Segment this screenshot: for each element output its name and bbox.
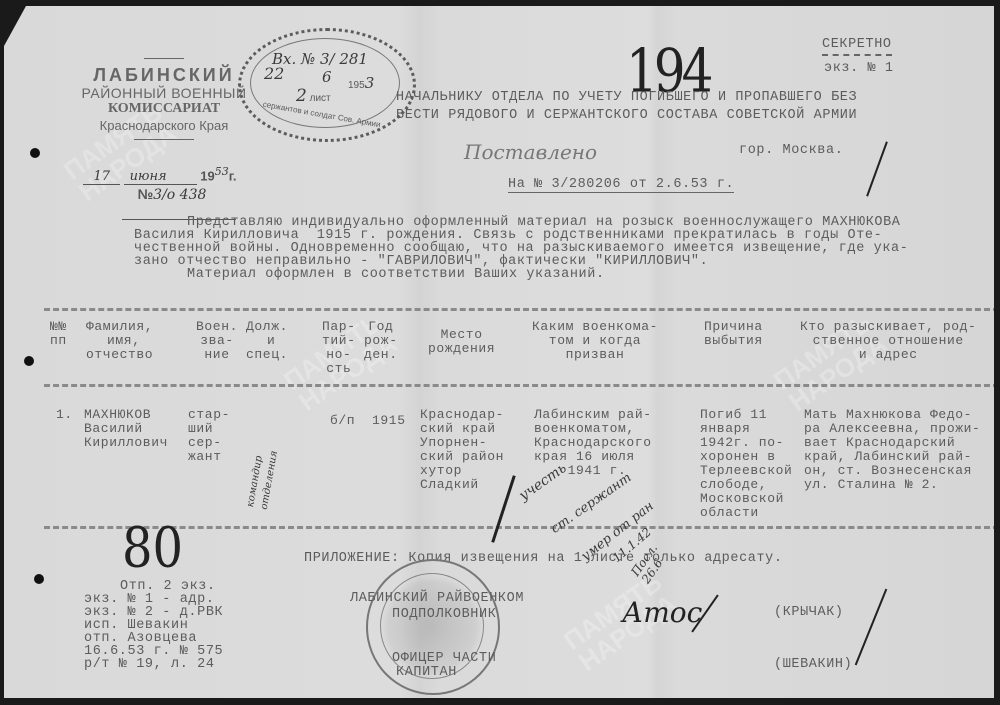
secrecy-label: СЕКРЕТНО	[822, 38, 892, 56]
incoming-year-prefix: 195	[348, 80, 365, 91]
header-rank: Воен. зва- ние	[196, 320, 238, 362]
commissar-title: ЛАБИНСКИЙ РАЙВОЕНКОМ	[350, 592, 524, 606]
commissar-name: (КРЫЧАК)	[774, 606, 844, 620]
header-birthplace: Место рождения	[428, 328, 495, 356]
header-position: Долж. и спец.	[246, 320, 288, 362]
officer-rank: КАПИТАН	[396, 666, 457, 680]
row-reason: Погиб 11 января 1942г. по- хоронен в Тер…	[700, 408, 792, 520]
date-day: 17	[83, 169, 120, 185]
row-name: МАХНЮКОВ Василий Кириллович	[84, 408, 168, 450]
footer-line7: р/т № 19, л. 24	[84, 658, 215, 672]
punch-hole	[34, 574, 44, 584]
incoming-year: 1953	[348, 74, 374, 92]
addressee-city: гор. Москва.	[739, 144, 843, 158]
slash-mark	[855, 589, 888, 666]
incoming-day: 22	[264, 64, 284, 83]
addressee-line1: НАЧАЛЬНИКУ ОТДЕЛА ПО УЧЕТУ ПОГИБШЕГО И П…	[396, 91, 857, 105]
row-position-handwritten: командир отделения	[244, 447, 282, 511]
sheets-label: лист	[310, 93, 331, 104]
issuer-stamp: ЛАБИНСКИЙ РАЙОННЫЙ ВОЕННЫЙ КОМИССАРИАТ К…	[74, 58, 254, 140]
header-num: №№ пп	[50, 320, 67, 348]
table-rule-bottom	[44, 526, 999, 529]
header-party: Пар- тий- но- сть	[322, 320, 356, 376]
issuer-line2: РАЙОННЫЙ ВОЕННЫЙ	[74, 85, 254, 101]
row-birth-year: 1915	[372, 414, 406, 428]
incoming-sheets: 2 лист	[296, 86, 331, 106]
sheets-count: 2	[296, 86, 307, 106]
incoming-month: 6	[322, 68, 332, 86]
secrecy-copy: экз. № 1	[824, 62, 894, 76]
page-count-handwritten: 80	[122, 516, 183, 580]
officer-title: ОФИЦЕР ЧАСТИ	[392, 652, 496, 666]
issuer-line3: КОМИССАРИАТ	[74, 101, 254, 117]
row-birthplace: Краснодар- ский край Упорнен- ский район…	[420, 408, 504, 492]
header-name: Фамилия, имя, отчество	[86, 320, 153, 362]
row-searcher: Мать Махнюкова Федо- ра Алексеевна, прож…	[804, 408, 980, 492]
handwritten-note: Поставлено	[464, 140, 597, 164]
header-birth-year: Год рож- ден.	[364, 320, 398, 362]
body-line5: Материал оформлен в соответствии Ваших у…	[187, 268, 605, 282]
row-num: 1.	[56, 408, 73, 422]
incoming-number: Вх. № 3/ 281	[272, 50, 368, 68]
header-drafted: Каким военкома- том и когда призван	[532, 320, 658, 362]
punch-hole	[24, 356, 34, 366]
number-value: 3/о 438	[153, 187, 206, 203]
officer-name: (ШЕВАКИН)	[774, 658, 852, 672]
punch-hole	[30, 148, 40, 158]
reference-number: На № 3/280206 от 2.6.53 г.	[508, 178, 734, 193]
issuer-line4: Краснодарского Края	[74, 117, 254, 135]
addressee-line2: ВЕСТИ РЯДОВОГО И СЕРЖАНТСКОГО СОСТАВА СО…	[396, 109, 857, 123]
header-searcher: Кто разыскивает, род- ственное отношение…	[800, 320, 976, 362]
number-label: №	[138, 186, 154, 202]
outgoing-number: №3/о 438	[122, 170, 236, 220]
document-page: ПАМЯТЬ НАРОДА ПАМЯТЬ НАРОДА ПАМЯТЬ НАРОД…	[4, 6, 994, 698]
issuer-name: ЛАБИНСКИЙ	[74, 65, 254, 85]
header-reason: Причина выбытия	[704, 320, 763, 348]
incoming-year-suffix: 3	[365, 74, 375, 92]
row-party: б/п	[330, 414, 355, 428]
signature: Атос	[622, 596, 702, 629]
commissar-rank: ПОДПОЛКОВНИК	[392, 608, 496, 622]
table-rule-header	[44, 384, 999, 387]
table-rule-top	[44, 308, 999, 311]
appendix: ПРИЛОЖЕНИЕ: Копия извещения на 1 листе т…	[304, 552, 783, 566]
slash-mark	[866, 141, 888, 196]
row-rank: стар- ший сер- жант	[188, 408, 230, 464]
